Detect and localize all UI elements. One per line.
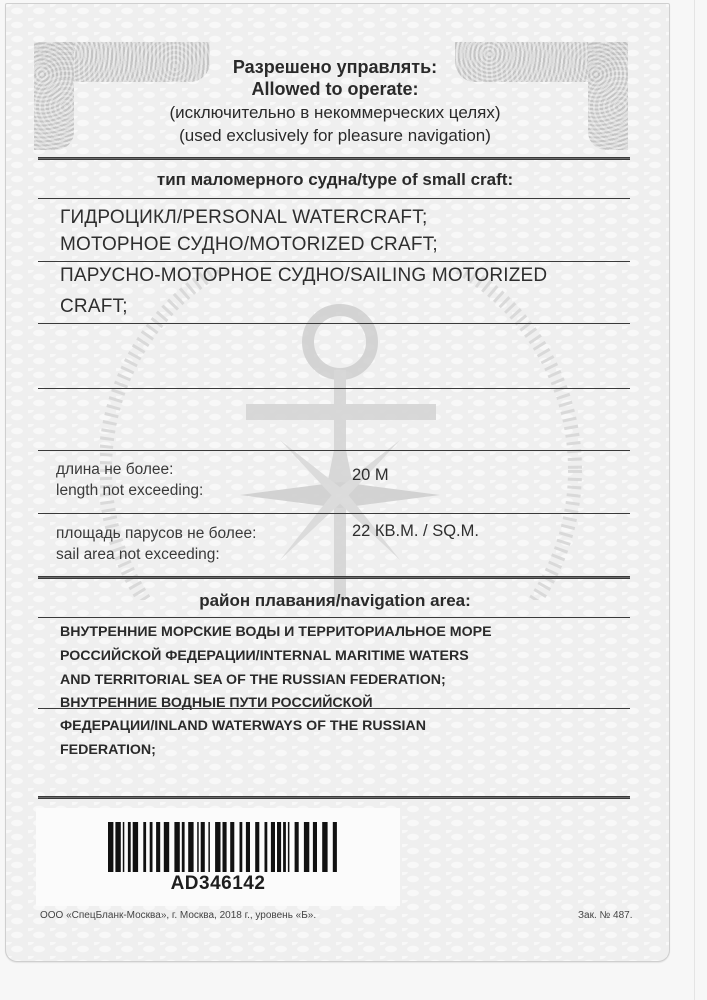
divider-thick	[38, 576, 630, 579]
navigation-area-line: ВНУТРЕННИЕ ВОДНЫЕ ПУТИ РОССИЙСКОЙ	[60, 691, 373, 716]
craft-type-title: тип маломерного судна/type of small craf…	[40, 170, 630, 190]
craft-type-line: МОТОРНОЕ СУДНО/MOTORIZED CRAFT;	[60, 233, 438, 257]
sail-area-label-en: sail area not exceeding:	[56, 545, 220, 565]
length-value: 20 М	[352, 466, 389, 485]
sail-area-label-ru: площадь парусов не более:	[56, 524, 256, 544]
navigation-area-line: AND TERRITORIAL SEA OF THE RUSSIAN FEDER…	[60, 668, 446, 693]
length-label-en: length not exceeding:	[56, 481, 203, 501]
craft-type-line: ГИДРОЦИКЛ/PERSONAL WATERCRAFT;	[60, 206, 427, 230]
craft-type-line: ПАРУСНО-МОТОРНОЕ СУДНО/SAILING MOTORIZED	[60, 264, 547, 288]
length-label-ru: длина не более:	[56, 460, 173, 480]
craft-type-line: CRAFT;	[60, 295, 128, 319]
divider-thick	[38, 796, 630, 799]
note-ru: (исключительно в некоммерческих целях)	[40, 102, 630, 124]
title-ru: Разрешено управлять:	[40, 56, 630, 78]
sail-area-value: 22 КВ.М. / SQ.M.	[352, 522, 479, 541]
divider	[38, 323, 630, 324]
divider	[38, 198, 630, 199]
barcode-icon	[108, 822, 342, 872]
navigation-area-line: РОССИЙСКОЙ ФЕДЕРАЦИИ/INTERNAL MARITIME W…	[60, 644, 469, 669]
divider	[38, 617, 630, 618]
navigation-area-title: район плавания/navigation area:	[40, 591, 630, 611]
divider	[38, 513, 630, 514]
navigation-area-line: FEDERATION;	[60, 738, 156, 763]
note-en: (used exclusively for pleasure navigatio…	[40, 125, 630, 147]
order-number: Зак. № 487.	[578, 910, 633, 921]
title-en: Allowed to operate:	[40, 78, 630, 100]
divider	[38, 708, 630, 709]
divider	[38, 450, 630, 451]
navigation-area-line: ФЕДЕРАЦИИ/INLAND WATERWAYS OF THE RUSSIA…	[60, 714, 426, 739]
barcode-number: AD346142	[36, 873, 400, 895]
divider	[38, 261, 630, 262]
printer-imprint: ООО «СпецБланк-Москва», г. Москва, 2018 …	[40, 910, 316, 921]
divider-thick	[38, 157, 630, 160]
divider	[38, 388, 630, 389]
scan-edge	[694, 0, 695, 1000]
navigation-area-line: ВНУТРЕННИЕ МОРСКИЕ ВОДЫ И ТЕРРИТОРИАЛЬНО…	[60, 620, 492, 645]
